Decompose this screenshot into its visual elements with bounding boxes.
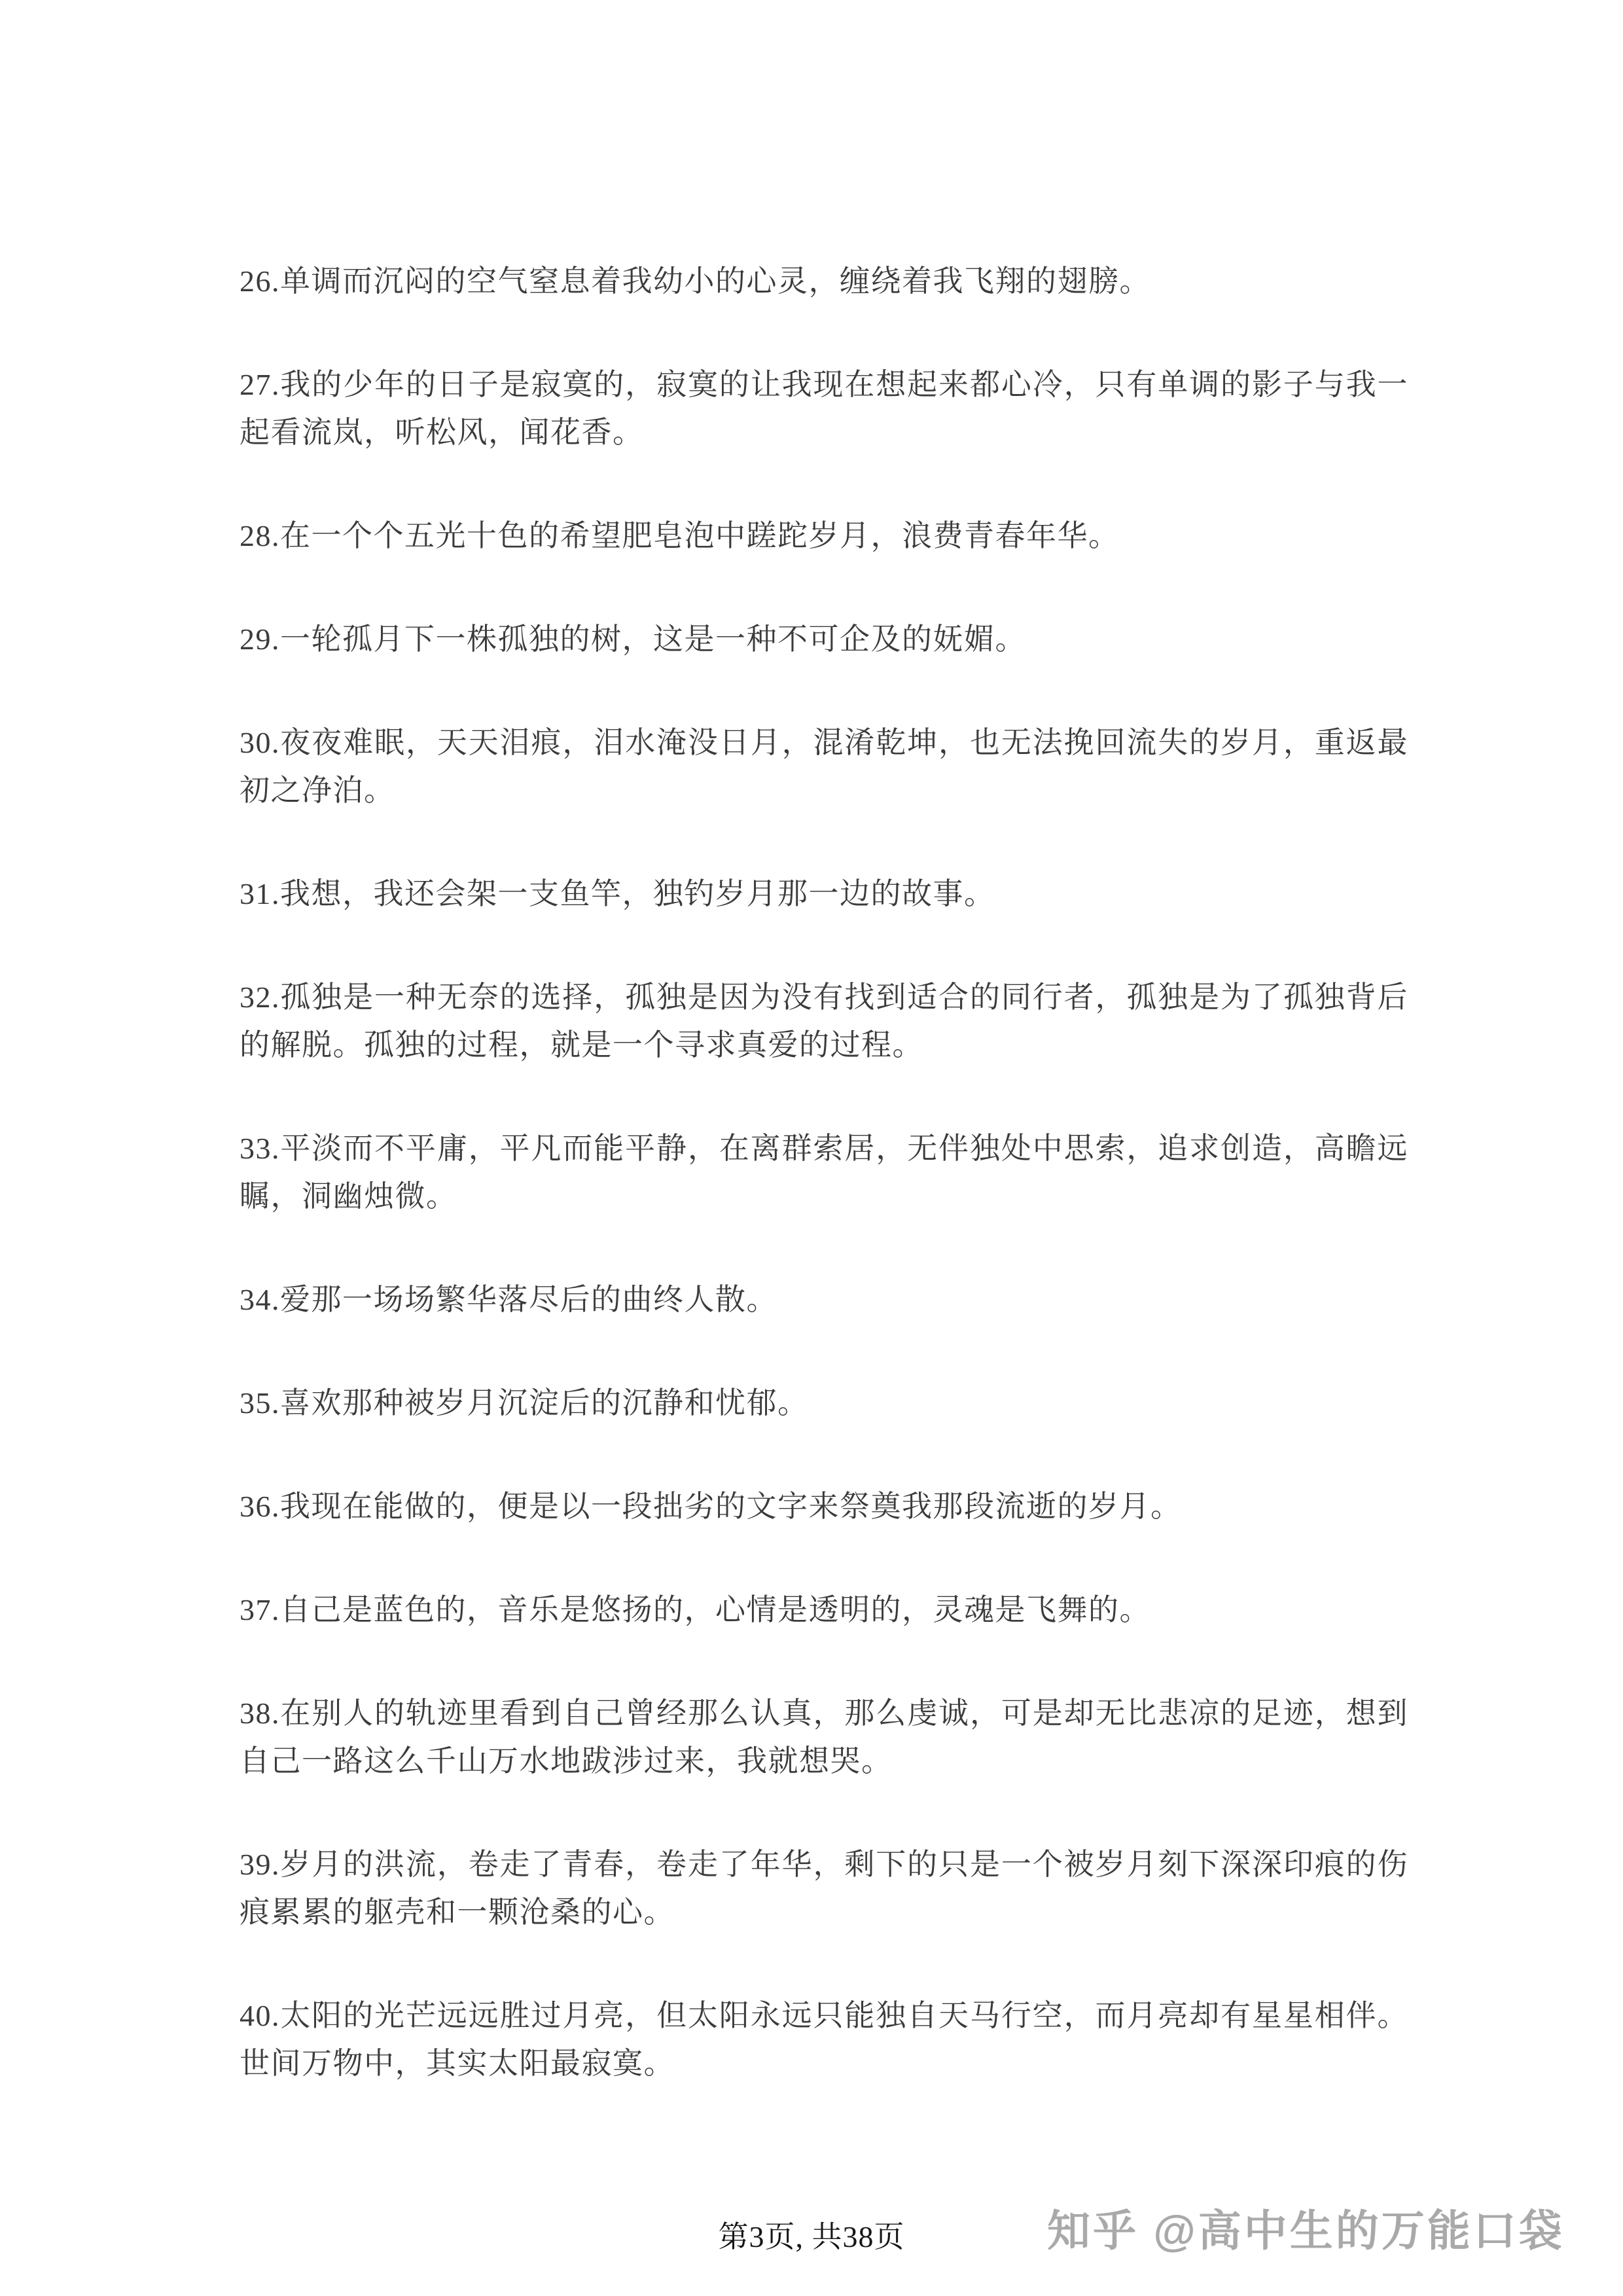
quote-paragraph-39: 39.岁月的洪流，卷走了青春，卷走了年华，剩下的只是一个被岁月刻下深深印痕的伤痕… <box>240 1840 1408 1936</box>
watermark: 知乎 @高中生的万能口袋 <box>1047 2204 1565 2257</box>
quote-paragraph-36: 36.我现在能做的，便是以一段拙劣的文字来祭奠我那段流逝的岁月。 <box>240 1482 1408 1530</box>
quote-list: 26.单调而沉闷的空气窒息着我幼小的心灵，缠绕着我飞翔的翅膀。 27.我的少年的… <box>240 257 1408 2087</box>
page-number: 第3页, 共38页 <box>719 2220 905 2253</box>
quote-paragraph-30: 30.夜夜难眠，天天泪痕，泪水淹没日月，混淆乾坤，也无法挽回流失的岁月，重返最初… <box>240 719 1408 814</box>
quote-paragraph-31: 31.我想，我还会架一支鱼竿，独钓岁月那一边的故事。 <box>240 870 1408 918</box>
document-page: 26.单调而沉闷的空气窒息着我幼小的心灵，缠绕着我飞翔的翅膀。 27.我的少年的… <box>0 0 1623 2296</box>
quote-paragraph-34: 34.爱那一场场繁华落尽后的曲终人散。 <box>240 1276 1408 1323</box>
quote-paragraph-27: 27.我的少年的日子是寂寞的，寂寞的让我现在想起来都心冷，只有单调的影子与我一起… <box>240 361 1408 456</box>
quote-paragraph-37: 37.自己是蓝色的，音乐是悠扬的，心情是透明的，灵魂是飞舞的。 <box>240 1586 1408 1634</box>
quote-paragraph-35: 35.喜欢那种被岁月沉淀后的沉静和忧郁。 <box>240 1379 1408 1427</box>
quote-paragraph-40: 40.太阳的光芒远远胜过月亮，但太阳永远只能独自天马行空，而月亮却有星星相伴。世… <box>240 1992 1408 2087</box>
quote-paragraph-26: 26.单调而沉闷的空气窒息着我幼小的心灵，缠绕着我飞翔的翅膀。 <box>240 257 1408 305</box>
quote-paragraph-32: 32.孤独是一种无奈的选择，孤独是因为没有找到适合的同行者，孤独是为了孤独背后的… <box>240 973 1408 1069</box>
quote-paragraph-33: 33.平淡而不平庸，平凡而能平静，在离群索居，无伴独处中思索，追求创造，高瞻远瞩… <box>240 1124 1408 1220</box>
quote-paragraph-29: 29.一轮孤月下一株孤独的树，这是一种不可企及的妩媚。 <box>240 615 1408 663</box>
quote-paragraph-28: 28.在一个个五光十色的希望肥皂泡中蹉跎岁月，浪费青春年华。 <box>240 512 1408 560</box>
quote-paragraph-38: 38.在别人的轨迹里看到自己曾经那么认真，那么虔诚，可是却无比悲凉的足迹，想到自… <box>240 1689 1408 1785</box>
